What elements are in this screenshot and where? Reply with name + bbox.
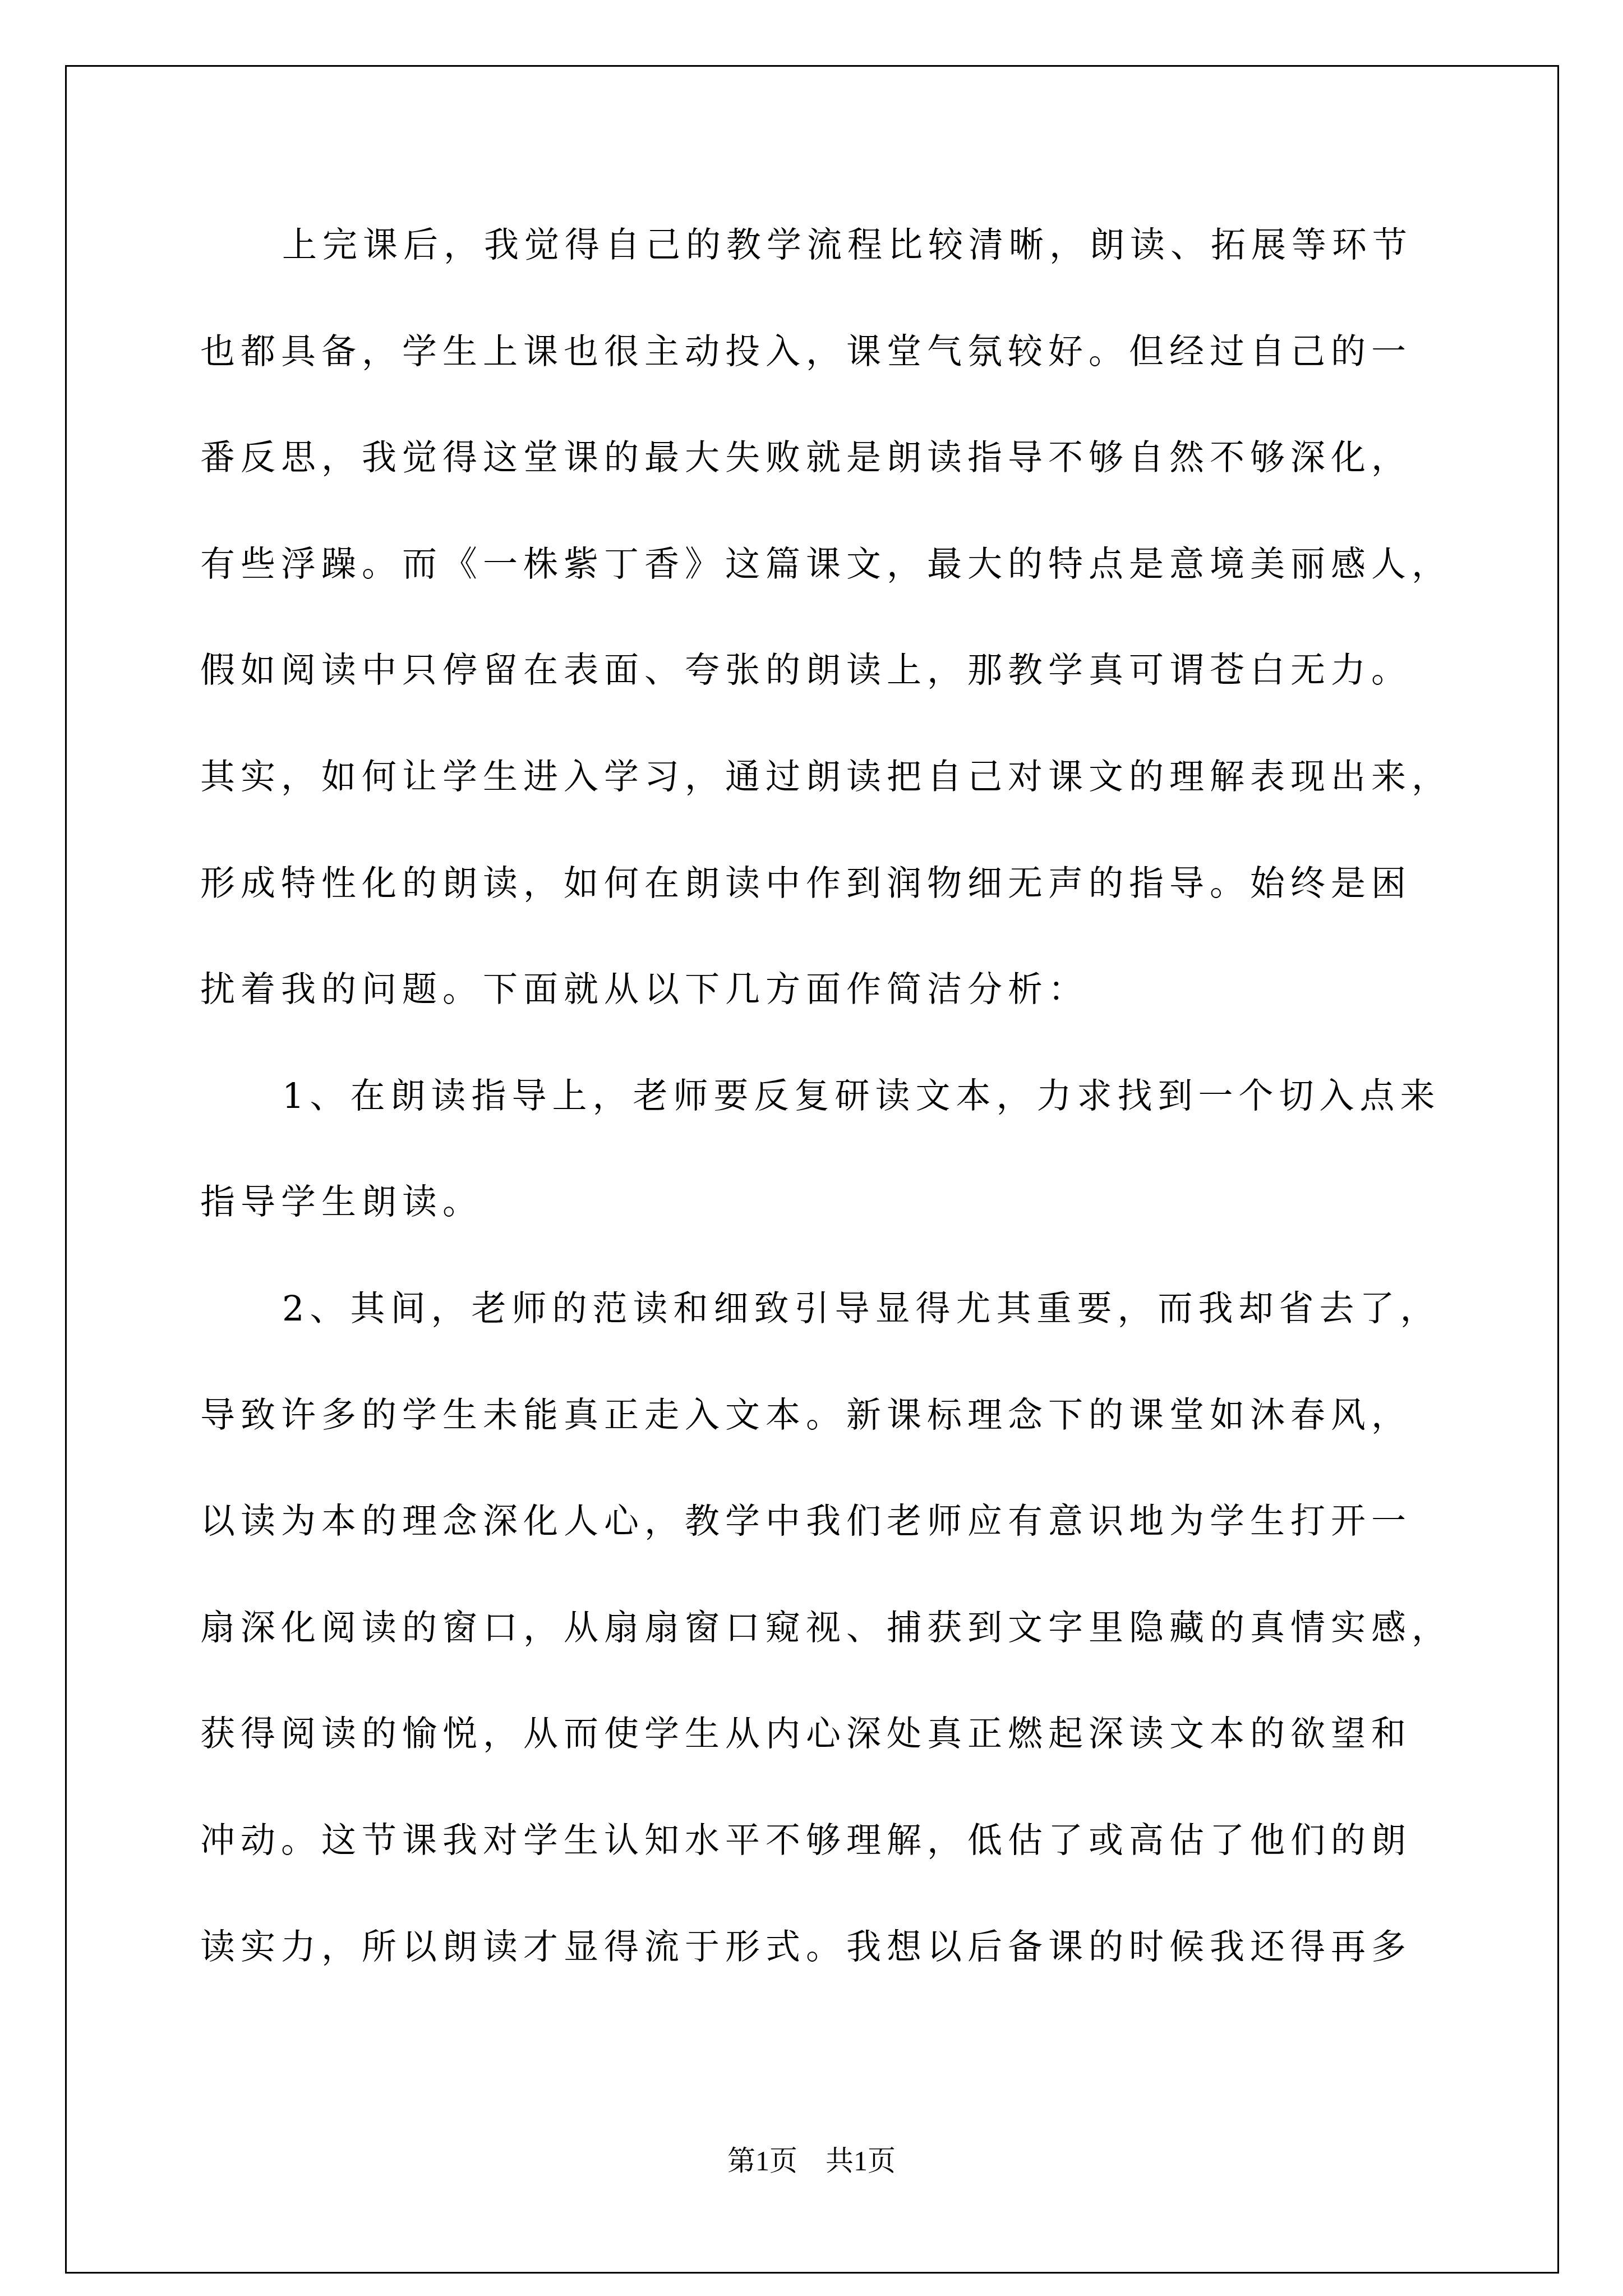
list-item-2-line-6: 冲动。这节课我对学生认知水平不够理解，低估了或高估了他们的朗	[200, 1818, 1490, 1925]
list-item-2-line-1: 2、其间，老师的范读和细致引导显得尤其重要，而我却省去了，	[200, 1286, 1490, 1393]
paragraph-line-3: 番反思，我觉得这堂课的最大失败就是朗读指导不够自然不够深化，	[200, 435, 1490, 542]
list-item-1-line-1: 1、在朗读指导上，老师要反复研读文本，力求找到一个切入点来	[200, 1074, 1490, 1180]
paragraph-line-5: 假如阅读中只停留在表面、夸张的朗读上，那教学真可谓苍白无力。	[200, 648, 1490, 754]
paragraph-line-2: 也都具备，学生上课也很主动投入，课堂气氛较好。但经过自己的一	[200, 329, 1490, 436]
list-item-2-line-4: 扇深化阅读的窗口，从扇扇窗口窥视、捕获到文字里隐藏的真情实感，	[200, 1605, 1490, 1712]
paragraph-line-7: 形成特性化的朗读，如何在朗读中作到润物细无声的指导。始终是困	[200, 861, 1490, 968]
list-item-1-line-2: 指导学生朗读。	[200, 1180, 1490, 1286]
list-item-2-line-7: 读实力，所以朗读才显得流于形式。我想以后备课的时候我还得再多	[200, 1925, 1490, 2031]
list-item-2-line-3: 以读为本的理念深化人心，教学中我们老师应有意识地为学生打开一	[200, 1499, 1490, 1605]
paragraph-line-4: 有些浮躁。而《一株紫丁香》这篇课文，最大的特点是意境美丽感人，	[200, 542, 1490, 648]
page-number-footer: 第1页 共1页	[0, 2138, 1623, 2179]
document-body: 上完课后，我觉得自己的教学流程比较清晰，朗读、拓展等环节 也都具备，学生上课也很…	[200, 223, 1490, 2031]
paragraph-line-8: 扰着我的问题。下面就从以下几方面作简洁分析：	[200, 967, 1490, 1074]
list-item-2-line-5: 获得阅读的愉悦，从而使学生从内心深处真正燃起深读文本的欲望和	[200, 1711, 1490, 1818]
paragraph-line-1: 上完课后，我觉得自己的教学流程比较清晰，朗读、拓展等环节	[200, 223, 1490, 329]
list-item-2-line-2: 导致许多的学生未能真正走入文本。新课标理念下的课堂如沐春风，	[200, 1393, 1490, 1499]
paragraph-line-6: 其实，如何让学生进入学习，通过朗读把自己对课文的理解表现出来，	[200, 754, 1490, 861]
